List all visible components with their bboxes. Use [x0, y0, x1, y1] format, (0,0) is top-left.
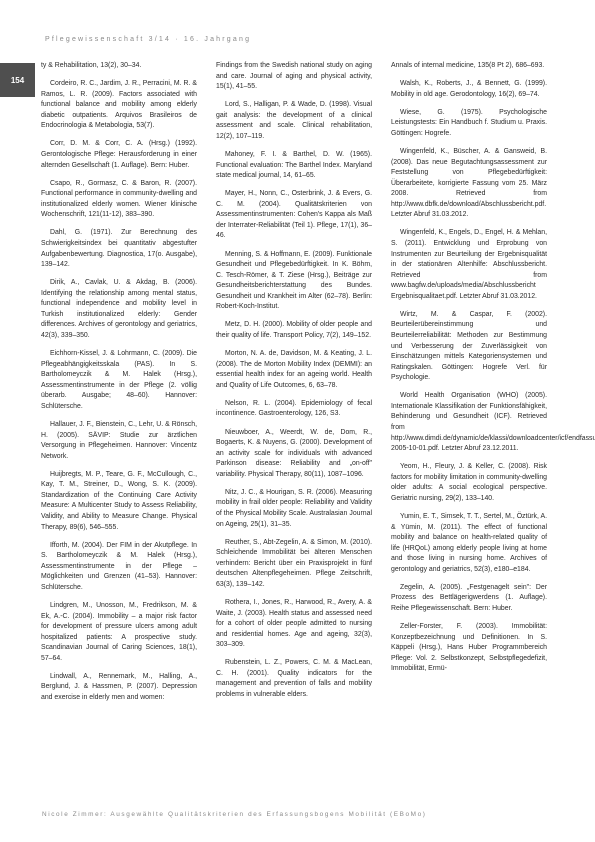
reference-entry: ty & Rehabilitation, 13(2), 30–34. — [41, 61, 197, 72]
reference-entry: Rubenstein, L. Z., Powers, C. M. & MacLe… — [216, 658, 372, 700]
running-head: Pflegewissenschaft 3/14 · 16. Jahrgang — [45, 36, 251, 43]
reference-entry: Nieuwboer, A., Weerdt, W. de, Dom, R., B… — [216, 428, 372, 481]
reference-column-2: Findings from the Swedish national study… — [216, 61, 372, 708]
reference-entry: Wiese, G. (1975). Psychologische Leistun… — [391, 108, 547, 140]
reference-entry: Rothera, I., Jones, R., Harwood, R., Ave… — [216, 598, 372, 651]
reference-entry: World Health Organisation (WHO) (2005). … — [391, 391, 547, 454]
reference-entry: Csapo, R., Gormasz, C. & Baron, R. (2007… — [41, 179, 197, 221]
reference-entry: Lindwall, A., Rennemark, M., Halling, A.… — [41, 672, 197, 704]
reference-entry: Walsh, K., Roberts, J., & Bennett, G. (1… — [391, 79, 547, 100]
reference-entry: Hallauer, J. F., Bienstein, C., Lehr, U.… — [41, 420, 197, 462]
reference-entry: Annals of internal medicine, 135(8 Pt 2)… — [391, 61, 547, 72]
reference-column-3: Annals of internal medicine, 135(8 Pt 2)… — [391, 61, 547, 682]
reference-entry: Wingenfeld, K., Engels, D., Engel, H. & … — [391, 228, 547, 302]
running-footer: Nicole Zimmer: Ausgewählte Qualitätskrit… — [42, 811, 426, 818]
reference-entry: Ifforth, M. (2004). Der FIM in der Akutp… — [41, 541, 197, 594]
reference-entry: Metz, D. H. (2000). Mobility of older pe… — [216, 320, 372, 341]
reference-entry: Nelson, R. L. (2004). Epidemiology of fe… — [216, 399, 372, 420]
reference-entry: Zeller-Forster, F. (2003). Immobilität: … — [391, 622, 547, 675]
reference-entry: Lord, S., Halligan, P. & Wade, D. (1998)… — [216, 100, 372, 142]
reference-entry: Nitz, J. C., & Hourigan, S. R. (2006). M… — [216, 488, 372, 530]
reference-entry: Dirik, A., Cavlak, U. & Akdag, B. (2006)… — [41, 278, 197, 341]
reference-entry: Yeom, H., Fleury, J. & Keller, C. (2008)… — [391, 462, 547, 504]
reference-entry: Menning, S. & Hoffmann, E. (2009). Funkt… — [216, 250, 372, 313]
reference-entry: Wingenfeld, K., Büscher, A. & Gansweid, … — [391, 147, 547, 221]
page-number-badge: 154 — [0, 63, 35, 97]
reference-entry: Dahl, G. (1971). Zur Berechnung des Schw… — [41, 228, 197, 270]
reference-entry: Zegelin, A. (2005). „Festgenagelt sein":… — [391, 583, 547, 615]
reference-entry: Reuther, S., Abt-Zegelin, A. & Simon, M.… — [216, 538, 372, 591]
reference-entry: Findings from the Swedish national study… — [216, 61, 372, 93]
reference-entry: Yumin, E. T., Simsek, T. T., Sertel, M.,… — [391, 512, 547, 575]
reference-entry: Huijbregts, M. P., Teare, G. F., McCullo… — [41, 470, 197, 533]
reference-entry: Mahoney, F. I. & Barthel, D. W. (1965). … — [216, 150, 372, 182]
reference-entry: Eichhorn-Kissel, J. & Lohrmann, C. (2009… — [41, 349, 197, 412]
reference-entry: Morton, N. A. de, Davidson, M. & Keating… — [216, 349, 372, 391]
reference-entry: Corr, D. M. & Corr, C. A. (Hrsg.) (1992)… — [41, 139, 197, 171]
reference-entry: Cordeiro, R. C., Jardim, J. R., Perracin… — [41, 79, 197, 132]
reference-entry: Wirtz, M. & Caspar, F. (2002). Beurteile… — [391, 310, 547, 384]
reference-column-1: ty & Rehabilitation, 13(2), 30–34. Corde… — [41, 61, 197, 711]
reference-entry: Mayer, H., Nonn, C., Osterbrink, J. & Ev… — [216, 189, 372, 242]
reference-entry: Lindgren, M., Unosson, M., Fredrikson, M… — [41, 601, 197, 664]
